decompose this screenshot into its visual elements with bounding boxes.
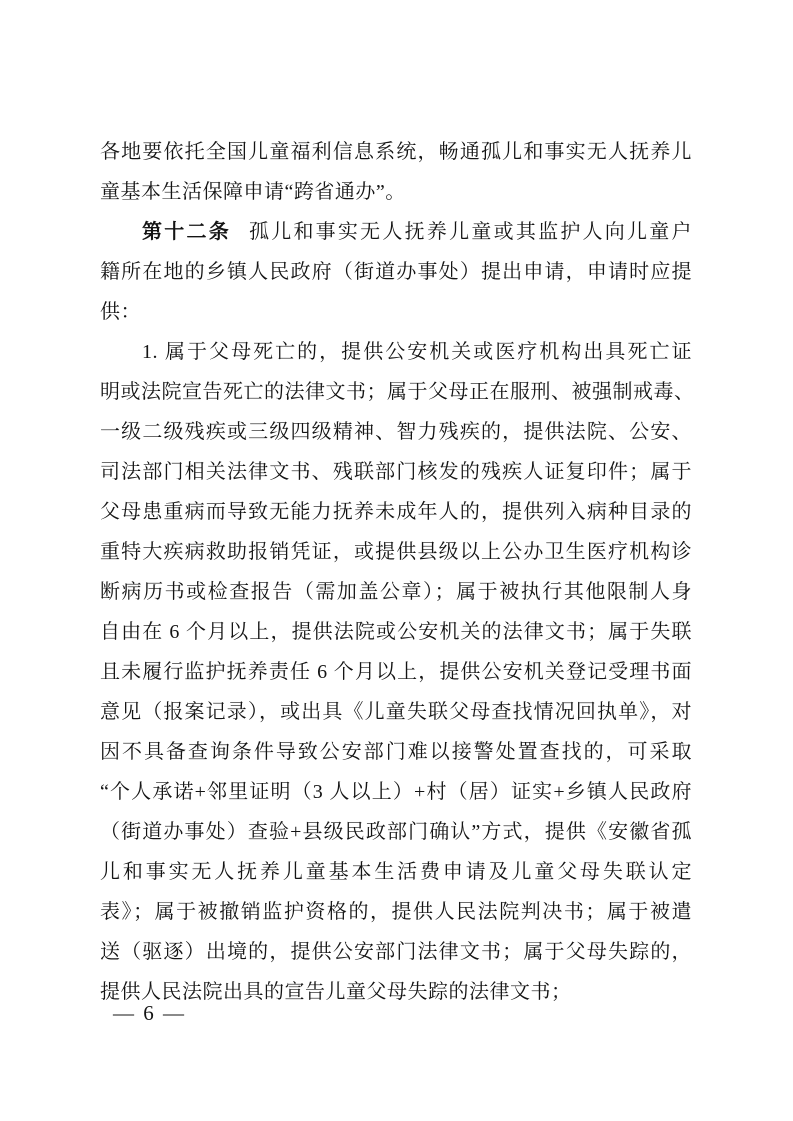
document-body: 各地要依托全国儿童福利信息系统，畅通孤儿和事实无人抚养儿 童基本生活保障申请“跨… bbox=[100, 132, 692, 1012]
text-line: 司法部门相关法律文书、残联部门核发的残疾人证复印件；属于 bbox=[100, 452, 692, 492]
text-line: 意见（报案记录），或出具《儿童失联父母查找情况回执单》，对 bbox=[100, 692, 692, 732]
page-number: — 6 — bbox=[113, 1001, 186, 1025]
text-line: 儿和事实无人抚养儿童基本生活费申请及儿童父母失联认定 bbox=[100, 852, 692, 892]
text-line: 因不具备查询条件导致公安部门难以接警处置查找的，可采取 bbox=[100, 732, 692, 772]
article-number-heading: 第十二条 bbox=[142, 221, 231, 243]
text-line: 重特大疾病救助报销凭证，或提供县级以上公办卫生医疗机构诊 bbox=[100, 532, 692, 572]
text-line: 童基本生活保障申请“跨省通办”。 bbox=[100, 172, 692, 212]
page-footer: — 6 — bbox=[113, 998, 186, 1028]
text-line: 断病历书或检查报告（需加盖公章）；属于被执行其他限制人身 bbox=[100, 572, 692, 612]
text-line: 明或法院宣告死亡的法律文书；属于父母正在服刑、被强制戒毒、 bbox=[100, 372, 692, 412]
text-line: 自由在 6 个月以上，提供法院或公安机关的法律文书；属于失联 bbox=[100, 612, 692, 652]
document-page: 各地要依托全国儿童福利信息系统，畅通孤儿和事实无人抚养儿 童基本生活保障申请“跨… bbox=[0, 0, 793, 1121]
text-line: 表》；属于被撤销监护资格的，提供人民法院判决书；属于被遣 bbox=[100, 892, 692, 932]
text-line: 提供人民法院出具的宣告儿童父母失踪的法律文书； bbox=[100, 972, 692, 1012]
text-line: 且未履行监护抚养责任 6 个月以上，提供公安机关登记受理书面 bbox=[100, 652, 692, 692]
text-line: 父母患重病而导致无能力抚养未成年人的，提供列入病种目录的 bbox=[100, 492, 692, 532]
text-line: “个人承诺+邻里证明（3 人以上）+村（居）证实+乡镇人民政府 bbox=[100, 772, 692, 812]
text-line: 各地要依托全国儿童福利信息系统，畅通孤儿和事实无人抚养儿 bbox=[100, 132, 692, 172]
text-line: 籍所在地的乡镇人民政府（街道办事处）提出申请，申请时应提 bbox=[100, 252, 692, 292]
text-line: 一级二级残疾或三级四级精神、智力残疾的，提供法院、公安、 bbox=[100, 412, 692, 452]
list-item-1-line: 1. 属于父母死亡的，提供公安机关或医疗机构出具死亡证 bbox=[100, 332, 692, 372]
text-line: 供： bbox=[100, 292, 692, 332]
article-12-line: 第十二条孤儿和事实无人抚养儿童或其监护人向儿童户 bbox=[100, 212, 692, 252]
article-lead-text: 孤儿和事实无人抚养儿童或其监护人向儿童户 bbox=[249, 221, 692, 243]
text-line: （街道办事处）查验+县级民政部门确认”方式，提供《安徽省孤 bbox=[100, 812, 692, 852]
text-line: 送（驱逐）出境的，提供公安部门法律文书；属于父母失踪的， bbox=[100, 932, 692, 972]
